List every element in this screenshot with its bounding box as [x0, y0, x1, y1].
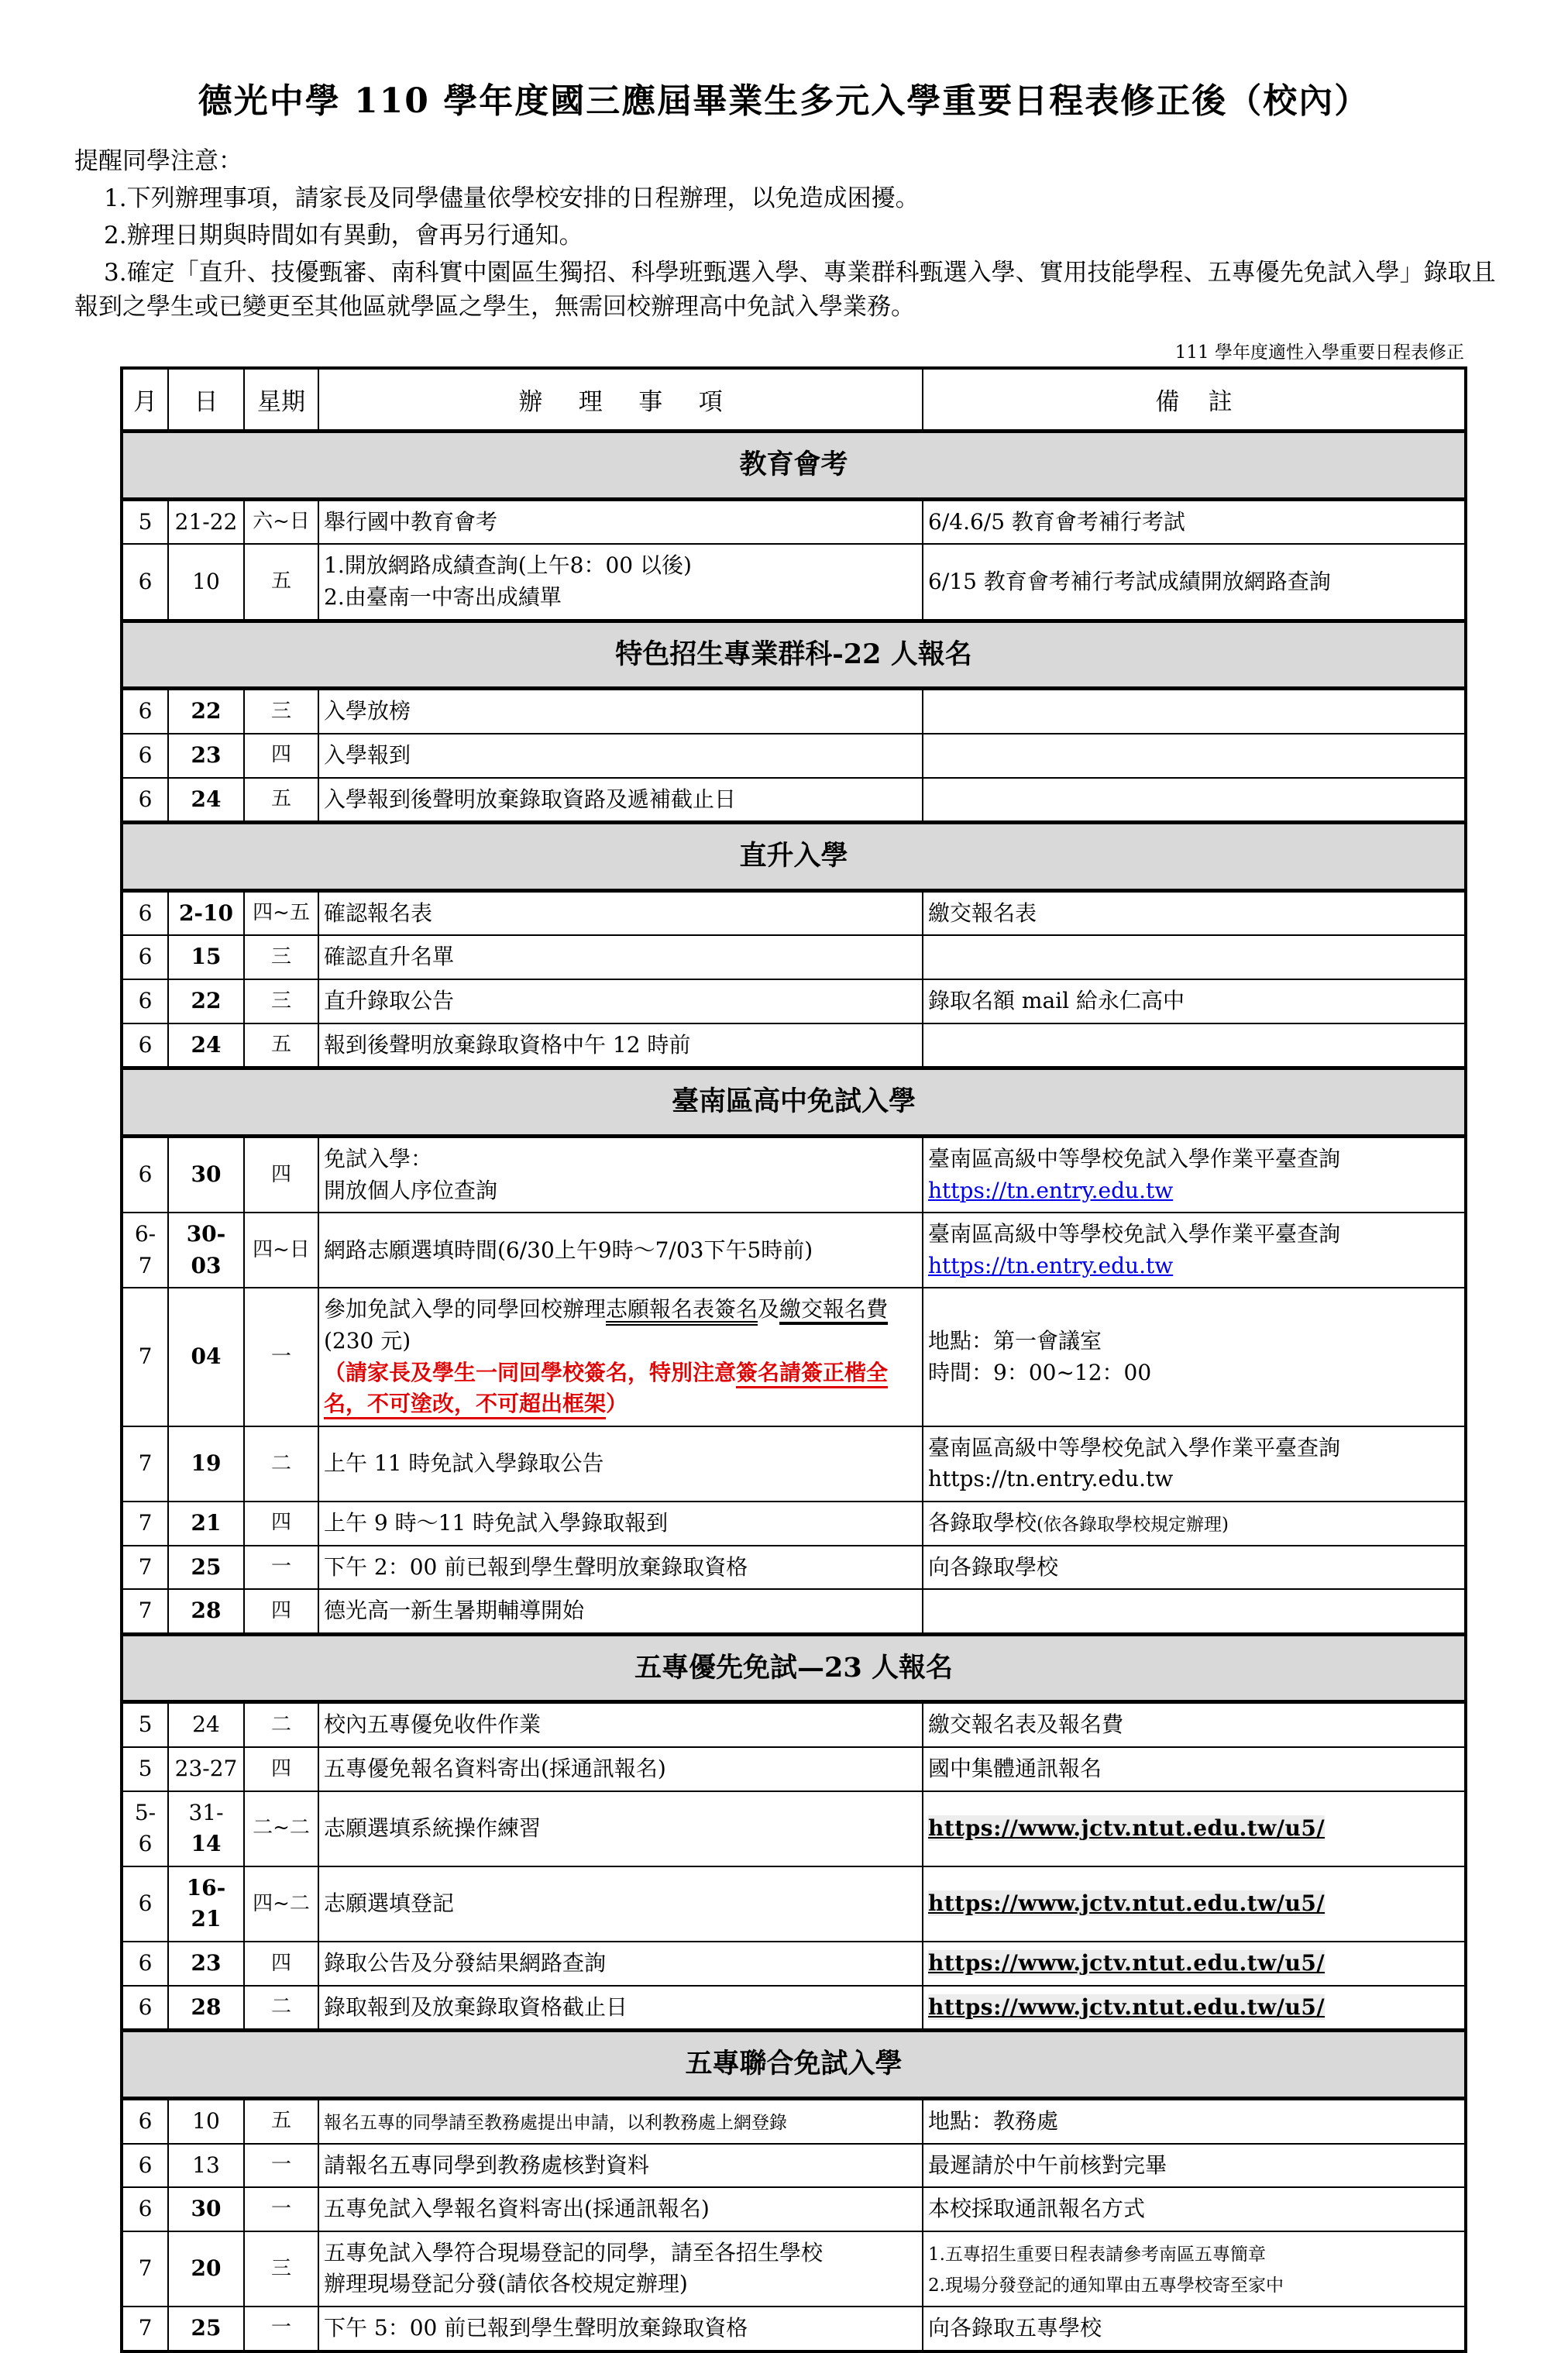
col-header-week: 星期: [244, 368, 318, 432]
cell-remark: 各錄取學校(依各錄取學校規定辦理): [923, 1502, 1466, 1546]
item-text: 1.開放網路成績查詢(上午8：00 以後): [324, 552, 692, 578]
cell-month: 6: [122, 544, 168, 621]
cell-weekday: 二: [244, 1702, 318, 1747]
cell-item: 德光高一新生暑期輔導開始: [318, 1589, 923, 1634]
schedule-row: 613一請報名五專同學到教務處核對資料最遲請於中午前核對完畢: [122, 2144, 1466, 2188]
remark-text: 6/4.6/5 教育會考補行考試: [928, 509, 1185, 535]
cell-remark: https://www.jctv.ntut.edu.tw/u5/: [923, 1866, 1466, 1942]
cell-item: 報名五專的同學請至教務處提出申請，以利教務處上網登錄: [318, 2098, 923, 2143]
cell-day: 23: [168, 734, 244, 778]
item-text: 確認直升名單: [324, 944, 454, 969]
cell-weekday: 四: [244, 1137, 318, 1213]
remark-text: 繳交報名表: [928, 900, 1037, 926]
cell-item: 上午 9 時～11 時免試入學錄取報到: [318, 1502, 923, 1546]
cell-item: 五專優免報名資料寄出(採通訊報名): [318, 1747, 923, 1791]
cell-item: 確認報名表: [318, 890, 923, 935]
cell-remark: 6/4.6/5 教育會考補行考試: [923, 499, 1466, 544]
cell-remark: [923, 935, 1466, 979]
day-text: 31-: [188, 1800, 223, 1825]
cell-remark: [923, 1023, 1466, 1068]
section-header-row: 特色招生專業群科-22 人報名: [122, 621, 1466, 689]
cell-day: 10: [168, 2098, 244, 2143]
col-header-item: 辦理事項: [318, 368, 923, 432]
schedule-row: 630四免試入學：開放個人序位查詢臺南區高級中等學校免試入學作業平臺查詢http…: [122, 1137, 1466, 1213]
remark-text: 向各錄取五專學校: [928, 2315, 1102, 2341]
cell-item: 下午 5：00 前已報到學生聲明放棄錄取資格: [318, 2307, 923, 2351]
cell-weekday: 六~日: [244, 499, 318, 544]
cell-remark: 臺南區高級中等學校免試入學作業平臺查詢https://tn.entry.edu.…: [923, 1213, 1466, 1288]
item-text: ）: [606, 1391, 628, 1416]
cell-item: 校內五專優免收件作業: [318, 1702, 923, 1747]
cell-item: 錄取公告及分發結果網路查詢: [318, 1942, 923, 1986]
cell-weekday: 三: [244, 979, 318, 1023]
cell-item: 上午 11 時免試入學錄取公告: [318, 1426, 923, 1502]
cell-remark: [923, 734, 1466, 778]
remark-text: 本校採取通訊報名方式: [928, 2196, 1145, 2221]
schedule-row: 630一五專免試入學報名資料寄出(採通訊報名)本校採取通訊報名方式: [122, 2187, 1466, 2231]
remark-text: 地點：第一會議室: [928, 1328, 1102, 1354]
url-link[interactable]: https://www.jctv.ntut.edu.tw/u5/: [928, 1815, 1325, 1841]
remark-text: https://tn.entry.edu.tw: [928, 1466, 1173, 1491]
schedule-row: 5-631-14二~二志願選填系統操作練習https://www.jctv.nt…: [122, 1791, 1466, 1866]
item-text: 上午 11 時免試入學錄取公告: [324, 1450, 603, 1476]
cell-month: 6: [122, 935, 168, 979]
cell-weekday: 三: [244, 2231, 318, 2307]
remark-text: 6/15 教育會考補行考試成績開放網路查詢: [928, 569, 1331, 594]
cell-month: 6: [122, 1023, 168, 1068]
cell-weekday: 五: [244, 1023, 318, 1068]
cell-day: 25: [168, 2307, 244, 2351]
notes-heading: 提醒同學注意：: [74, 144, 1514, 178]
cell-day: 2-10: [168, 890, 244, 935]
cell-month: 7: [122, 1589, 168, 1634]
url-link[interactable]: https://www.jctv.ntut.edu.tw/u5/: [928, 1994, 1325, 2020]
cell-month: 7: [122, 1426, 168, 1502]
cell-day: 23-27: [168, 1747, 244, 1791]
cell-item: 下午 2：00 前已報到學生聲明放棄錄取資格: [318, 1546, 923, 1590]
schedule-row: 721四上午 9 時～11 時免試入學錄取報到各錄取學校(依各錄取學校規定辦理): [122, 1502, 1466, 1546]
schedule-row: 524二校內五專優免收件作業繳交報名表及報名費: [122, 1702, 1466, 1747]
schedule-row: 622三直升錄取公告錄取名額 mail 給永仁高中: [122, 979, 1466, 1023]
cell-weekday: 三: [244, 935, 318, 979]
item-text: （請家長及學生一同回學校簽名，特別注意: [324, 1360, 736, 1385]
item-text: 免試入學：: [324, 1146, 432, 1171]
cell-remark: 6/15 教育會考補行考試成績開放網路查詢: [923, 544, 1466, 621]
cell-month: 7: [122, 1502, 168, 1546]
cell-day: 04: [168, 1288, 244, 1426]
cell-item: 志願選填系統操作練習: [318, 1791, 923, 1866]
cell-day: 28: [168, 1589, 244, 1634]
remark-text: 臺南區高級中等學校免試入學作業平臺查詢: [928, 1146, 1340, 1171]
cell-month: 6: [122, 1942, 168, 1986]
cell-item: 入學放榜: [318, 689, 923, 734]
cell-month: 6: [122, 778, 168, 823]
page-title: 德光中學 110 學年度國三應屆畢業生多元入學重要日程表修正後（校內）: [46, 73, 1522, 122]
item-text: 志願報名表簽名: [606, 1296, 758, 1322]
cell-remark: [923, 1589, 1466, 1634]
item-text: 入學報到: [324, 742, 411, 768]
table-header-row: 月 日 星期 辦理事項 備註: [122, 368, 1466, 432]
cell-remark: 本校採取通訊報名方式: [923, 2187, 1466, 2231]
cell-remark: [923, 689, 1466, 734]
schedule-row: 704一參加免試入學的同學回校辦理志願報名表簽名及繳交報名費(230 元)（請家…: [122, 1288, 1466, 1426]
item-text: 確認報名表: [324, 900, 432, 926]
cell-day: 24: [168, 1702, 244, 1747]
section-title: 直升入學: [122, 823, 1466, 891]
cell-weekday: 四: [244, 1747, 318, 1791]
cell-weekday: 四~五: [244, 890, 318, 935]
cell-remark: https://www.jctv.ntut.edu.tw/u5/: [923, 1986, 1466, 2031]
cell-weekday: 四: [244, 1502, 318, 1546]
cell-month: 6: [122, 890, 168, 935]
cell-month: 6: [122, 734, 168, 778]
schedule-row: 624五報到後聲明放棄錄取資格中午 12 時前: [122, 1023, 1466, 1068]
remark-text: 時間：9：00~12：00: [928, 1360, 1151, 1385]
cell-month: 6: [122, 1986, 168, 2031]
cell-remark: 繳交報名表: [923, 890, 1466, 935]
item-text: 下午 5：00 前已報到學生聲明放棄錄取資格: [324, 2315, 748, 2341]
section-title: 教育會考: [122, 432, 1466, 500]
cell-month: 6: [122, 1137, 168, 1213]
cell-item: 入學報到: [318, 734, 923, 778]
remark-text: 錄取名額 mail 給永仁高中: [928, 988, 1185, 1013]
cell-month: 7: [122, 2231, 168, 2307]
item-text: 德光高一新生暑期輔導開始: [324, 1598, 584, 1623]
schedule-row: 725一下午 2：00 前已報到學生聲明放棄錄取資格向各錄取學校: [122, 1546, 1466, 1590]
cell-day: 10: [168, 544, 244, 621]
cell-remark: 錄取名額 mail 給永仁高中: [923, 979, 1466, 1023]
item-text: 參加免試入學的同學回校辦理: [324, 1296, 606, 1322]
col-header-month: 月: [122, 368, 168, 432]
item-text: 直升錄取公告: [324, 988, 454, 1013]
cell-day: 20: [168, 2231, 244, 2307]
cell-day: 30: [168, 2187, 244, 2231]
cell-day: 19: [168, 1426, 244, 1502]
cell-day: 22: [168, 689, 244, 734]
item-text: 下午 2：00 前已報到學生聲明放棄錄取資格: [324, 1554, 748, 1580]
cell-remark: 國中集體通訊報名: [923, 1747, 1466, 1791]
cell-weekday: 二~二: [244, 1791, 318, 1866]
remark-text: 各錄取學校: [928, 1510, 1037, 1536]
item-text: 上午 9 時～11 時免試入學錄取報到: [324, 1510, 668, 1536]
cell-month: 5: [122, 1702, 168, 1747]
cell-item: 確認直升名單: [318, 935, 923, 979]
cell-month: 6: [122, 2098, 168, 2143]
schedule-row: 523-27四五專優免報名資料寄出(採通訊報名)國中集體通訊報名: [122, 1747, 1466, 1791]
url-link[interactable]: https://www.jctv.ntut.edu.tw/u5/: [928, 1890, 1325, 1916]
cell-item: 五專免試入學符合現場登記的同學，請至各招生學校辦理現場登記分發(請依各校規定辦理…: [318, 2231, 923, 2307]
cell-remark: 臺南區高級中等學校免試入學作業平臺查詢https://tn.entry.edu.…: [923, 1137, 1466, 1213]
item-text: 志願選填登記: [324, 1890, 454, 1916]
cell-day: 24: [168, 778, 244, 823]
cell-day: 25: [168, 1546, 244, 1590]
item-text: 錄取報到及放棄錄取資格截止日: [324, 1994, 628, 2020]
item-text: 入學放榜: [324, 698, 411, 724]
schedule-row: 62-10四~五確認報名表繳交報名表: [122, 890, 1466, 935]
item-text: (230 元): [324, 1328, 411, 1354]
cell-day: 23: [168, 1942, 244, 1986]
remark-text: 1.五專招生重要日程表請參考南區五專簡章: [928, 2245, 1266, 2265]
note-line-2: 2.辦理日期與時間如有異動，會再另行通知。: [74, 218, 1514, 253]
day-text: 14: [191, 1831, 222, 1856]
cell-month: 6: [122, 2187, 168, 2231]
schedule-row: 623四入學報到: [122, 734, 1466, 778]
cell-day: 16-21: [168, 1866, 244, 1942]
cell-weekday: 五: [244, 544, 318, 621]
cell-weekday: 一: [244, 2307, 318, 2351]
cell-item: 參加免試入學的同學回校辦理志願報名表簽名及繳交報名費(230 元)（請家長及學生…: [318, 1288, 923, 1426]
cell-day: 21-22: [168, 499, 244, 544]
schedule-row: 725一下午 5：00 前已報到學生聲明放棄錄取資格向各錄取五專學校: [122, 2307, 1466, 2351]
remark-text: 向各錄取學校: [928, 1554, 1058, 1580]
url-link[interactable]: https://www.jctv.ntut.edu.tw/u5/: [928, 1950, 1325, 1976]
section-header-row: 教育會考: [122, 432, 1466, 500]
col-header-day: 日: [168, 368, 244, 432]
remark-text: (依各錄取學校規定辦理): [1037, 1515, 1229, 1535]
schedule-row: 610五1.開放網路成績查詢(上午8：00 以後)2.由臺南一中寄出成績單6/1…: [122, 544, 1466, 621]
cell-day: 30: [168, 1137, 244, 1213]
schedule-row: 622三入學放榜: [122, 689, 1466, 734]
item-text: 舉行國中教育會考: [324, 509, 497, 535]
cell-item: 1.開放網路成績查詢(上午8：00 以後)2.由臺南一中寄出成績單: [318, 544, 923, 621]
section-title: 五專優先免試—23 人報名: [122, 1634, 1466, 1702]
schedule-row: 719二上午 11 時免試入學錄取公告臺南區高級中等學校免試入學作業平臺查詢ht…: [122, 1426, 1466, 1502]
item-text: 錄取公告及分發結果網路查詢: [324, 1950, 606, 1976]
cell-day: 24: [168, 1023, 244, 1068]
cell-item: 報到後聲明放棄錄取資格中午 12 時前: [318, 1023, 923, 1068]
cell-day: 22: [168, 979, 244, 1023]
cell-month: 5: [122, 1747, 168, 1791]
cell-day: 31-14: [168, 1791, 244, 1866]
cell-item: 免試入學：開放個人序位查詢: [318, 1137, 923, 1213]
cell-item: 五專免試入學報名資料寄出(採通訊報名): [318, 2187, 923, 2231]
remark-text: 地點：教務處: [928, 2108, 1058, 2134]
schedule-row: 623四錄取公告及分發結果網路查詢https://www.jctv.ntut.e…: [122, 1942, 1466, 1986]
cell-month: 7: [122, 1288, 168, 1426]
schedule-row: 720三五專免試入學符合現場登記的同學，請至各招生學校辦理現場登記分發(請依各校…: [122, 2231, 1466, 2307]
col-header-remark: 備註: [923, 368, 1466, 432]
cell-item: 舉行國中教育會考: [318, 499, 923, 544]
cell-remark: [923, 778, 1466, 823]
cell-weekday: 五: [244, 2098, 318, 2143]
cell-weekday: 一: [244, 1546, 318, 1590]
item-text: 五專免試入學符合現場登記的同學，請至各招生學校: [324, 2240, 823, 2265]
note-line-1: 1.下列辦理事項，請家長及同學儘量依學校安排的日程辦理，以免造成困擾。: [74, 181, 1514, 215]
cell-remark: 地點：教務處: [923, 2098, 1466, 2143]
item-text: 入學報到後聲明放棄錄取資路及遞補截止日: [324, 786, 736, 812]
item-text: 請報名五專同學到教務處核對資料: [324, 2152, 649, 2178]
url-link[interactable]: https://tn.entry.edu.tw: [928, 1253, 1173, 1278]
item-text: 五專免試入學報名資料寄出(採通訊報名): [324, 2196, 710, 2221]
cell-remark: 1.五專招生重要日程表請參考南區五專簡章2.現場分發登記的通知單由五專學校寄至家…: [923, 2231, 1466, 2307]
cell-weekday: 五: [244, 778, 318, 823]
remark-text: 繳交報名表及報名費: [928, 1711, 1123, 1737]
cell-item: 直升錄取公告: [318, 979, 923, 1023]
cell-remark: 向各錄取學校: [923, 1546, 1466, 1590]
schedule-row: 610五報名五專的同學請至教務處提出申請，以利教務處上網登錄地點：教務處: [122, 2098, 1466, 2143]
notes-block: 提醒同學注意： 1.下列辦理事項，請家長及同學儘量依學校安排的日程辦理，以免造成…: [74, 144, 1514, 324]
remark-text: 臺南區高級中等學校免試入學作業平臺查詢: [928, 1435, 1340, 1460]
schedule-table: 月 日 星期 辦理事項 備註 教育會考521-22六~日舉行國中教育會考6/4.…: [120, 366, 1467, 2352]
cell-day: 15: [168, 935, 244, 979]
cell-remark: 臺南區高級中等學校免試入學作業平臺查詢https://tn.entry.edu.…: [923, 1426, 1466, 1502]
cell-item: 志願選填登記: [318, 1866, 923, 1942]
cell-item: 錄取報到及放棄錄取資格截止日: [318, 1986, 923, 2031]
remark-text: 最遲請於中午前核對完畢: [928, 2152, 1167, 2178]
cell-month: 6: [122, 979, 168, 1023]
cell-month: 6: [122, 1866, 168, 1942]
cell-weekday: 二: [244, 1426, 318, 1502]
note-line-3-text: 3.確定「直升、技優甄審、南科實中園區生獨招、科學班甄選入學、專業群科甄選入學、…: [74, 259, 1496, 321]
cell-day: 21: [168, 1502, 244, 1546]
cell-month: 5-6: [122, 1791, 168, 1866]
item-text: 校內五專優免收件作業: [324, 1711, 541, 1737]
cell-item: 入學報到後聲明放棄錄取資路及遞補截止日: [318, 778, 923, 823]
cell-weekday: 四~日: [244, 1213, 318, 1288]
schedule-row: 616-21四~二志願選填登記https://www.jctv.ntut.edu…: [122, 1866, 1466, 1942]
schedule-table-body: 教育會考521-22六~日舉行國中教育會考6/4.6/5 教育會考補行考試610…: [122, 432, 1466, 2351]
cell-item: 網路志願選填時間(6/30上午9時～7/03下午5時前): [318, 1213, 923, 1288]
cell-month: 7: [122, 2307, 168, 2351]
cell-remark: https://www.jctv.ntut.edu.tw/u5/: [923, 1942, 1466, 1986]
cell-weekday: 四~二: [244, 1866, 318, 1942]
cell-month: 6-7: [122, 1213, 168, 1288]
cell-weekday: 四: [244, 1942, 318, 1986]
cell-remark: 最遲請於中午前核對完畢: [923, 2144, 1466, 2188]
cell-day: 30-03: [168, 1213, 244, 1288]
cell-remark: 地點：第一會議室時間：9：00~12：00: [923, 1288, 1466, 1426]
cell-month: 6: [122, 2144, 168, 2188]
schedule-row: 628二錄取報到及放棄錄取資格截止日https://www.jctv.ntut.…: [122, 1986, 1466, 2031]
cell-day: 13: [168, 2144, 244, 2188]
item-text: 報名五專的同學請至教務處提出申請，以利教務處上網登錄: [324, 2113, 787, 2133]
schedule-row: 521-22六~日舉行國中教育會考6/4.6/5 教育會考補行考試: [122, 499, 1466, 544]
schedule-row: 728四德光高一新生暑期輔導開始: [122, 1589, 1466, 1634]
table-side-note: 111 學年度適性入學重要日程表修正: [0, 338, 1464, 363]
cell-weekday: 四: [244, 734, 318, 778]
remark-text: 臺南區高級中等學校免試入學作業平臺查詢: [928, 1221, 1340, 1247]
cell-weekday: 三: [244, 689, 318, 734]
section-header-row: 五專優先免試—23 人報名: [122, 1634, 1466, 1702]
cell-item: 請報名五專同學到教務處核對資料: [318, 2144, 923, 2188]
url-link[interactable]: https://tn.entry.edu.tw: [928, 1178, 1173, 1203]
section-header-row: 直升入學: [122, 823, 1466, 891]
cell-weekday: 一: [244, 2144, 318, 2188]
cell-weekday: 一: [244, 1288, 318, 1426]
section-title: 特色招生專業群科-22 人報名: [122, 621, 1466, 689]
item-text: 開放個人序位查詢: [324, 1178, 497, 1203]
schedule-row: 624五入學報到後聲明放棄錄取資路及遞補截止日: [122, 778, 1466, 823]
section-header-row: 五專聯合免試入學: [122, 2031, 1466, 2099]
schedule-row: 615三確認直升名單: [122, 935, 1466, 979]
document-page: 德光中學 110 學年度國三應屆畢業生多元入學重要日程表修正後（校內） 提醒同學…: [0, 0, 1568, 2353]
item-text: 辦理現場登記分發(請依各校規定辦理): [324, 2271, 688, 2296]
item-text: 繳交報名費: [779, 1296, 888, 1322]
cell-remark: 繳交報名表及報名費: [923, 1702, 1466, 1747]
remark-text: 國中集體通訊報名: [928, 1756, 1102, 1781]
item-text: 志願選填系統操作練習: [324, 1815, 541, 1841]
schedule-row: 6-730-03四~日網路志願選填時間(6/30上午9時～7/03下午5時前)臺…: [122, 1213, 1466, 1288]
remark-text: 2.現場分發登記的通知單由五專學校寄至家中: [928, 2276, 1284, 2296]
cell-remark: 向各錄取五專學校: [923, 2307, 1466, 2351]
item-text: 報到後聲明放棄錄取資格中午 12 時前: [324, 1032, 690, 1058]
cell-weekday: 一: [244, 2187, 318, 2231]
item-text: 五專優免報名資料寄出(採通訊報名): [324, 1756, 666, 1781]
cell-month: 7: [122, 1546, 168, 1590]
cell-month: 6: [122, 689, 168, 734]
note-line-3: 3.確定「直升、技優甄審、南科實中園區生獨招、科學班甄選入學、專業群科甄選入學、…: [74, 256, 1514, 324]
cell-remark: https://www.jctv.ntut.edu.tw/u5/: [923, 1791, 1466, 1866]
cell-weekday: 四: [244, 1589, 318, 1634]
section-title: 臺南區高中免試入學: [122, 1068, 1466, 1137]
cell-month: 5: [122, 499, 168, 544]
section-title: 五專聯合免試入學: [122, 2031, 1466, 2099]
item-text: 及: [758, 1296, 779, 1322]
cell-weekday: 二: [244, 1986, 318, 2031]
item-text: 網路志願選填時間(6/30上午9時～7/03下午5時前): [324, 1237, 813, 1263]
item-text: 2.由臺南一中寄出成績單: [324, 584, 562, 610]
section-header-row: 臺南區高中免試入學: [122, 1068, 1466, 1137]
cell-day: 28: [168, 1986, 244, 2031]
